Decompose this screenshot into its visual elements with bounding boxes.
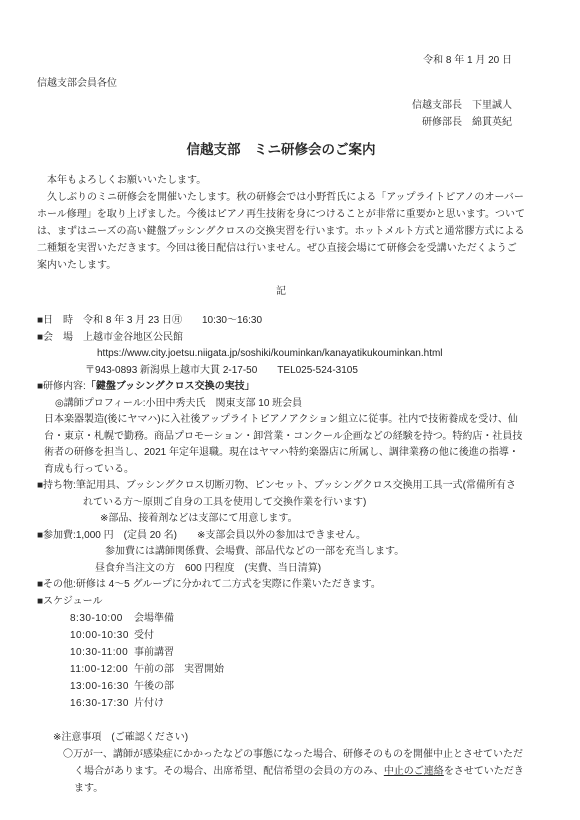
schedule-activity: 会場準備 <box>134 613 174 624</box>
schedule-activity: 受付 <box>134 630 154 641</box>
detail-datetime: ■日 時 令和 8 年 3 月 23 日㊊ 10:30〜16:30 <box>37 313 525 330</box>
schedule-row: 8:30-10:00会場準備 <box>37 610 525 627</box>
document-page: 令和 8 年 1 月 20 日 信越支部会員各位 信越支部長 下里誠人 研修部長… <box>0 0 580 820</box>
fee-note-2: 昼食弁当注文の方 600 円程度 (実費、当日清算) <box>37 561 525 578</box>
schedule-heading: ■スケジュール <box>37 594 525 611</box>
notes-section: ※注意事項 (ご確認ください) 〇万が一、講師が感染症にかかったなどの事態になっ… <box>37 729 525 797</box>
schedule-activity: 片付け <box>134 698 164 709</box>
record-mark: 記 <box>37 283 525 300</box>
notes-paragraph: 〇万が一、講師が感染症にかかったなどの事態になった場合、研修そのものを開催中止と… <box>37 746 525 797</box>
instructor-profile-heading: ◎講師プロフィール:小田中秀夫氏 関東支部 10 班会員 <box>37 396 525 413</box>
detail-belongings: ■持ち物:筆記用具、ブッシングクロス切断刃物、ピンセット、ブッシングクロス交換用… <box>37 478 525 511</box>
schedule-time: 11:00-12:00 <box>70 661 134 678</box>
schedule-time: 10:00-10:30 <box>70 627 134 644</box>
fee-note-1: 参加費には講師関係費、会場費、部品代などの一部を充当します。 <box>37 544 525 561</box>
training-content-label: ■研修内容: <box>37 381 86 392</box>
schedule-activity: 事前講習 <box>134 647 174 658</box>
venue-address: 〒943-0893 新潟県上越市大貫 2-17-50 TEL025-524-31… <box>37 363 525 380</box>
schedule-activity: 午後の部 <box>134 681 174 692</box>
schedule-row: 10:00-10:30受付 <box>37 627 525 644</box>
sender-training-head: 研修部長 綿貫英紀 <box>37 114 512 131</box>
schedule-row: 16:30-17:30片付け <box>37 695 525 712</box>
schedule-row: 13:00-16:30午後の部 <box>37 678 525 695</box>
details-section: ■日 時 令和 8 年 3 月 23 日㊊ 10:30〜16:30 ■会 場 上… <box>37 313 525 712</box>
venue-url: https://www.city.joetsu.niigata.jp/soshi… <box>37 346 525 363</box>
schedule-time: 13:00-16:30 <box>70 678 134 695</box>
belongings-note: ※部品、接着剤などは支部にて用意します。 <box>37 511 525 528</box>
schedule-time: 8:30-10:00 <box>70 610 134 627</box>
schedule-activity: 午前の部 実習開始 <box>134 664 224 675</box>
document-date: 令和 8 年 1 月 20 日 <box>37 52 512 69</box>
schedule-time: 16:30-17:30 <box>70 695 134 712</box>
document-title: 信越支部 ミニ研修会のご案内 <box>37 141 525 158</box>
training-content-title: 「鍵盤ブッシングクロス交換の実技」 <box>86 381 255 392</box>
notes-heading: ※注意事項 (ご確認ください) <box>37 729 525 746</box>
detail-training-content: ■研修内容:「鍵盤ブッシングクロス交換の実技」 <box>37 379 525 396</box>
cancellation-notice-underline: 中止のご連絡 <box>384 766 444 777</box>
recipient-line: 信越支部会員各位 <box>37 75 525 92</box>
intro-paragraph-1: 本年もよろしくお願いいたします。 <box>37 172 525 189</box>
intro-paragraph-2: 久しぶりのミニ研修会を開催いたします。秋の研修会では小野哲氏による「アップライト… <box>37 189 525 274</box>
detail-fee: ■参加費:1,000 円 (定員 20 名) ※支部会員以外の参加はできません。 <box>37 528 525 545</box>
detail-other: ■その他:研修は 4〜5 グループに分かれて二方式を実際に作業いただきます。 <box>37 577 525 594</box>
detail-venue: ■会 場 上越市金谷地区公民館 <box>37 330 525 347</box>
schedule-row: 11:00-12:00午前の部 実習開始 <box>37 661 525 678</box>
schedule-row: 10:30-11:00事前講習 <box>37 644 525 661</box>
schedule-time: 10:30-11:00 <box>70 644 134 661</box>
instructor-profile-body: 日本楽器製造(後にヤマハ)に入社後アップライトピアノアクション組立に従事。社内で… <box>37 412 525 478</box>
sender-branch-head: 信越支部長 下里誠人 <box>37 97 512 114</box>
intro-section: 本年もよろしくお願いいたします。 久しぶりのミニ研修会を開催いたします。秋の研修… <box>37 172 525 274</box>
